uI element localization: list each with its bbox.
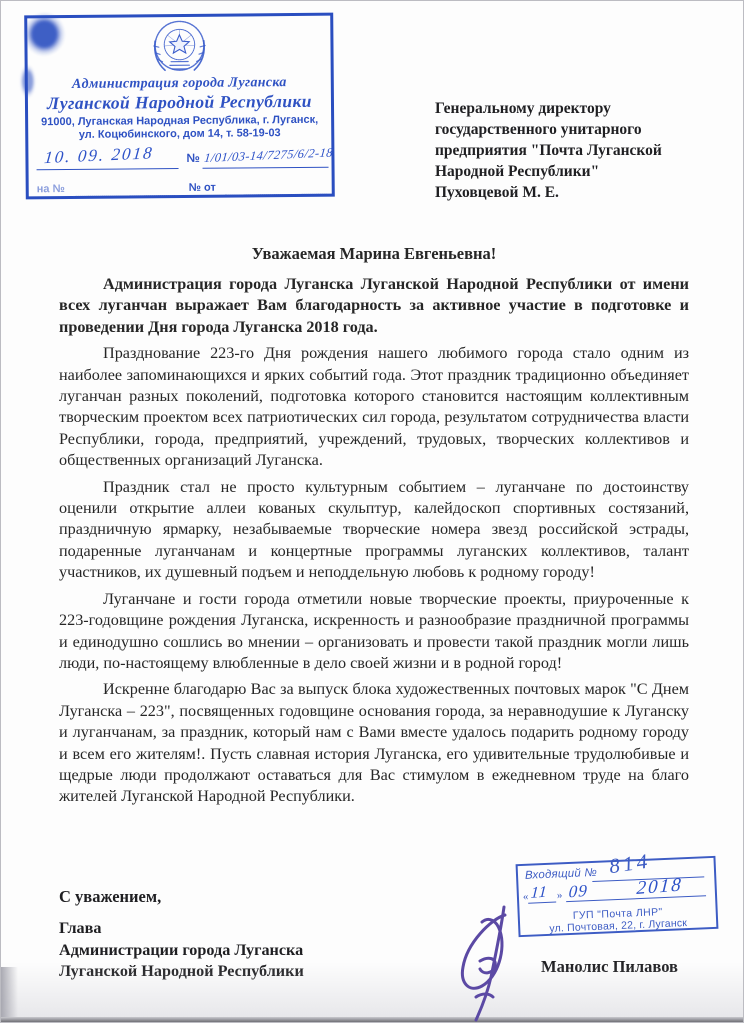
paragraph: Администрация города Луганска Луганской … [59, 274, 689, 338]
handwritten-day: 11 [530, 884, 548, 903]
handwritten-outgoing-number: 1/01/03-14/7275/6/2-18 [203, 145, 333, 166]
reply-ref-label: на № [37, 183, 65, 195]
addressee-block: Генеральному директору государственного … [435, 98, 725, 203]
handwritten-date: 10. 09. 2018 [43, 143, 154, 168]
salutation: Уважаемая Марина Евгеньевна! [59, 244, 689, 264]
number-underline [203, 167, 329, 169]
handwritten-incoming-number: 814 [609, 848, 651, 879]
addressee-line: Народной Республики" [435, 161, 725, 182]
paragraph: Праздник стал не просто культурным событ… [59, 477, 689, 584]
letterhead-address-line1: 91000, Луганская Народная Республика, г.… [28, 114, 331, 130]
addressee-line: Генеральному директору [435, 98, 725, 119]
scan-left-shadow [1, 967, 18, 1017]
day-underline [528, 902, 556, 904]
letterhead-ref-row: на № № от [29, 179, 332, 202]
handwritten-year: 2018 [636, 874, 683, 900]
ink-blot [23, 12, 65, 56]
letterhead-date-row: 10. 09. 2018 № 1/01/03-14/7275/6/2-18 [28, 143, 331, 176]
addressee-line: государственного унитарного [435, 119, 725, 140]
reply-ref-underline [73, 195, 175, 197]
handwritten-month: 09 [568, 881, 588, 903]
scan-bottom-haze [1, 962, 743, 1017]
letterhead-address-line2: ул. Коцюбинского, дом 14, т. 58-19-03 [28, 127, 331, 143]
incoming-registration-stamp: Входящий № 814 « 11 » 09 2018 ГУП "Почта… [516, 856, 719, 937]
number-sign-label: № [186, 151, 200, 165]
paragraph: Празднование 223-го Дня рождения нашего … [59, 343, 689, 471]
letter-body: Уважаемая Марина Евгеньевна! Администрац… [59, 244, 689, 813]
signature-scribble [449, 901, 527, 1023]
letterhead-stamp: Администрация города Луганска Луганской … [24, 13, 335, 200]
quote-close: » [557, 889, 563, 901]
incoming-number-label: Входящий № [525, 867, 597, 882]
reply-from-underline [225, 194, 327, 196]
coat-of-arms-icon [148, 19, 210, 76]
addressee-line: предприятия "Почта Луганской [435, 140, 725, 161]
paragraph: Луганчане и гости города отметили новые … [59, 589, 689, 675]
addressee-line: Пуховцевой М. Е. [435, 182, 725, 203]
scanned-letter-page: Администрация города Луганска Луганской … [0, 0, 744, 1023]
ink-blot [20, 64, 36, 98]
letterhead-org-line2: Луганской Народной Республики [28, 91, 331, 114]
date-underline [37, 168, 179, 170]
reply-from-label: № от [189, 182, 216, 194]
paragraph: Искренне благодарю Вас за выпуск блока х… [59, 679, 689, 807]
scan-bottom-edge [1, 1017, 743, 1022]
